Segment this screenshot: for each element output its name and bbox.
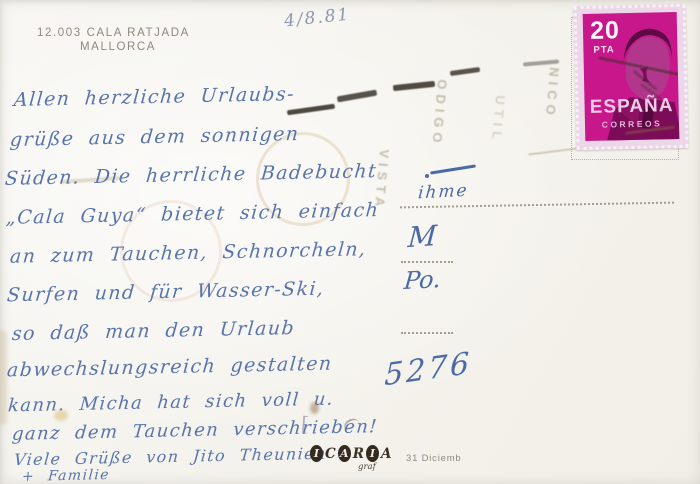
postmark-text-fragment: ODIGO [429,79,450,148]
postmark-text-fragment: NICO [542,67,562,121]
logo-letter: I [366,445,379,462]
publisher-logo-sub: graf [358,462,376,472]
stamp-currency: PTA [593,44,615,55]
cancellation-streak [337,90,377,103]
publisher-logo: I C A R I A [310,445,391,462]
address-line [401,332,453,334]
paper-stain [0,330,7,425]
caption-region: MALLORCA [80,40,190,54]
postal-code: 5276 [384,346,473,394]
message-line: ganz dem Tauchen verschrieben! [11,416,379,445]
cancellation-streak [287,104,335,116]
cancellation-streak [393,81,435,91]
cancellation-streak [450,67,480,76]
handwritten-date: 4/8.81 [283,5,351,32]
message-line: Viele Grüße von Jito Theunien [13,444,327,470]
message-line: so daß man den Urlaub [11,317,296,345]
message-line: abwechslungsreich gestalten [6,353,333,382]
message-line: Allen herzliche Urlaubs- [13,83,296,111]
caption-number-place: 12.003 CALA RATJADA [37,27,190,39]
stamp-country: ESPAÑA [584,95,678,119]
pen-dot [425,174,429,178]
logo-letter: I [310,445,323,462]
stamp-field: 20 PTA ESPAÑA CORREOS [583,12,680,141]
logo-letter: A [338,445,351,462]
message-line: an zum Tauchen, Schnorcheln, [9,238,367,268]
printed-caption: 12.003 CALA RATJADA MALLORCA [37,26,190,54]
ink-smudge [310,402,319,414]
message-line: grüße aus dem sonnigen [9,123,300,151]
bracket-mark: [ [300,412,309,436]
address-name-fragment: ihme [417,181,469,204]
address-line2-fragment: M [407,219,438,254]
postcard-back: 12.003 CALA RATJADA MALLORCA 4/8.81 VIST… [0,0,700,484]
message-line: + Familie [21,467,110,484]
address-line3-fragment: Po. [403,265,442,295]
logo-letter: C [325,446,336,462]
postmark-text-fragment: UTIL [489,95,508,145]
message-line: Surfen und für Wasser-Ski, [6,278,325,307]
pen-dash-stroke [430,164,476,174]
logo-letter: R [353,446,364,462]
address-line [401,261,453,263]
print-imprint: 31 Diciemb [406,453,462,464]
cancellation-streak [523,59,559,66]
postage-stamp: 20 PTA ESPAÑA CORREOS [574,4,689,150]
logo-letter: A [381,446,391,462]
message-line: „Cala Guya“ bietet sich einfach [5,199,380,229]
address-line [400,202,674,209]
stamp-value: 20 [590,16,620,46]
paper-stain [54,410,68,421]
